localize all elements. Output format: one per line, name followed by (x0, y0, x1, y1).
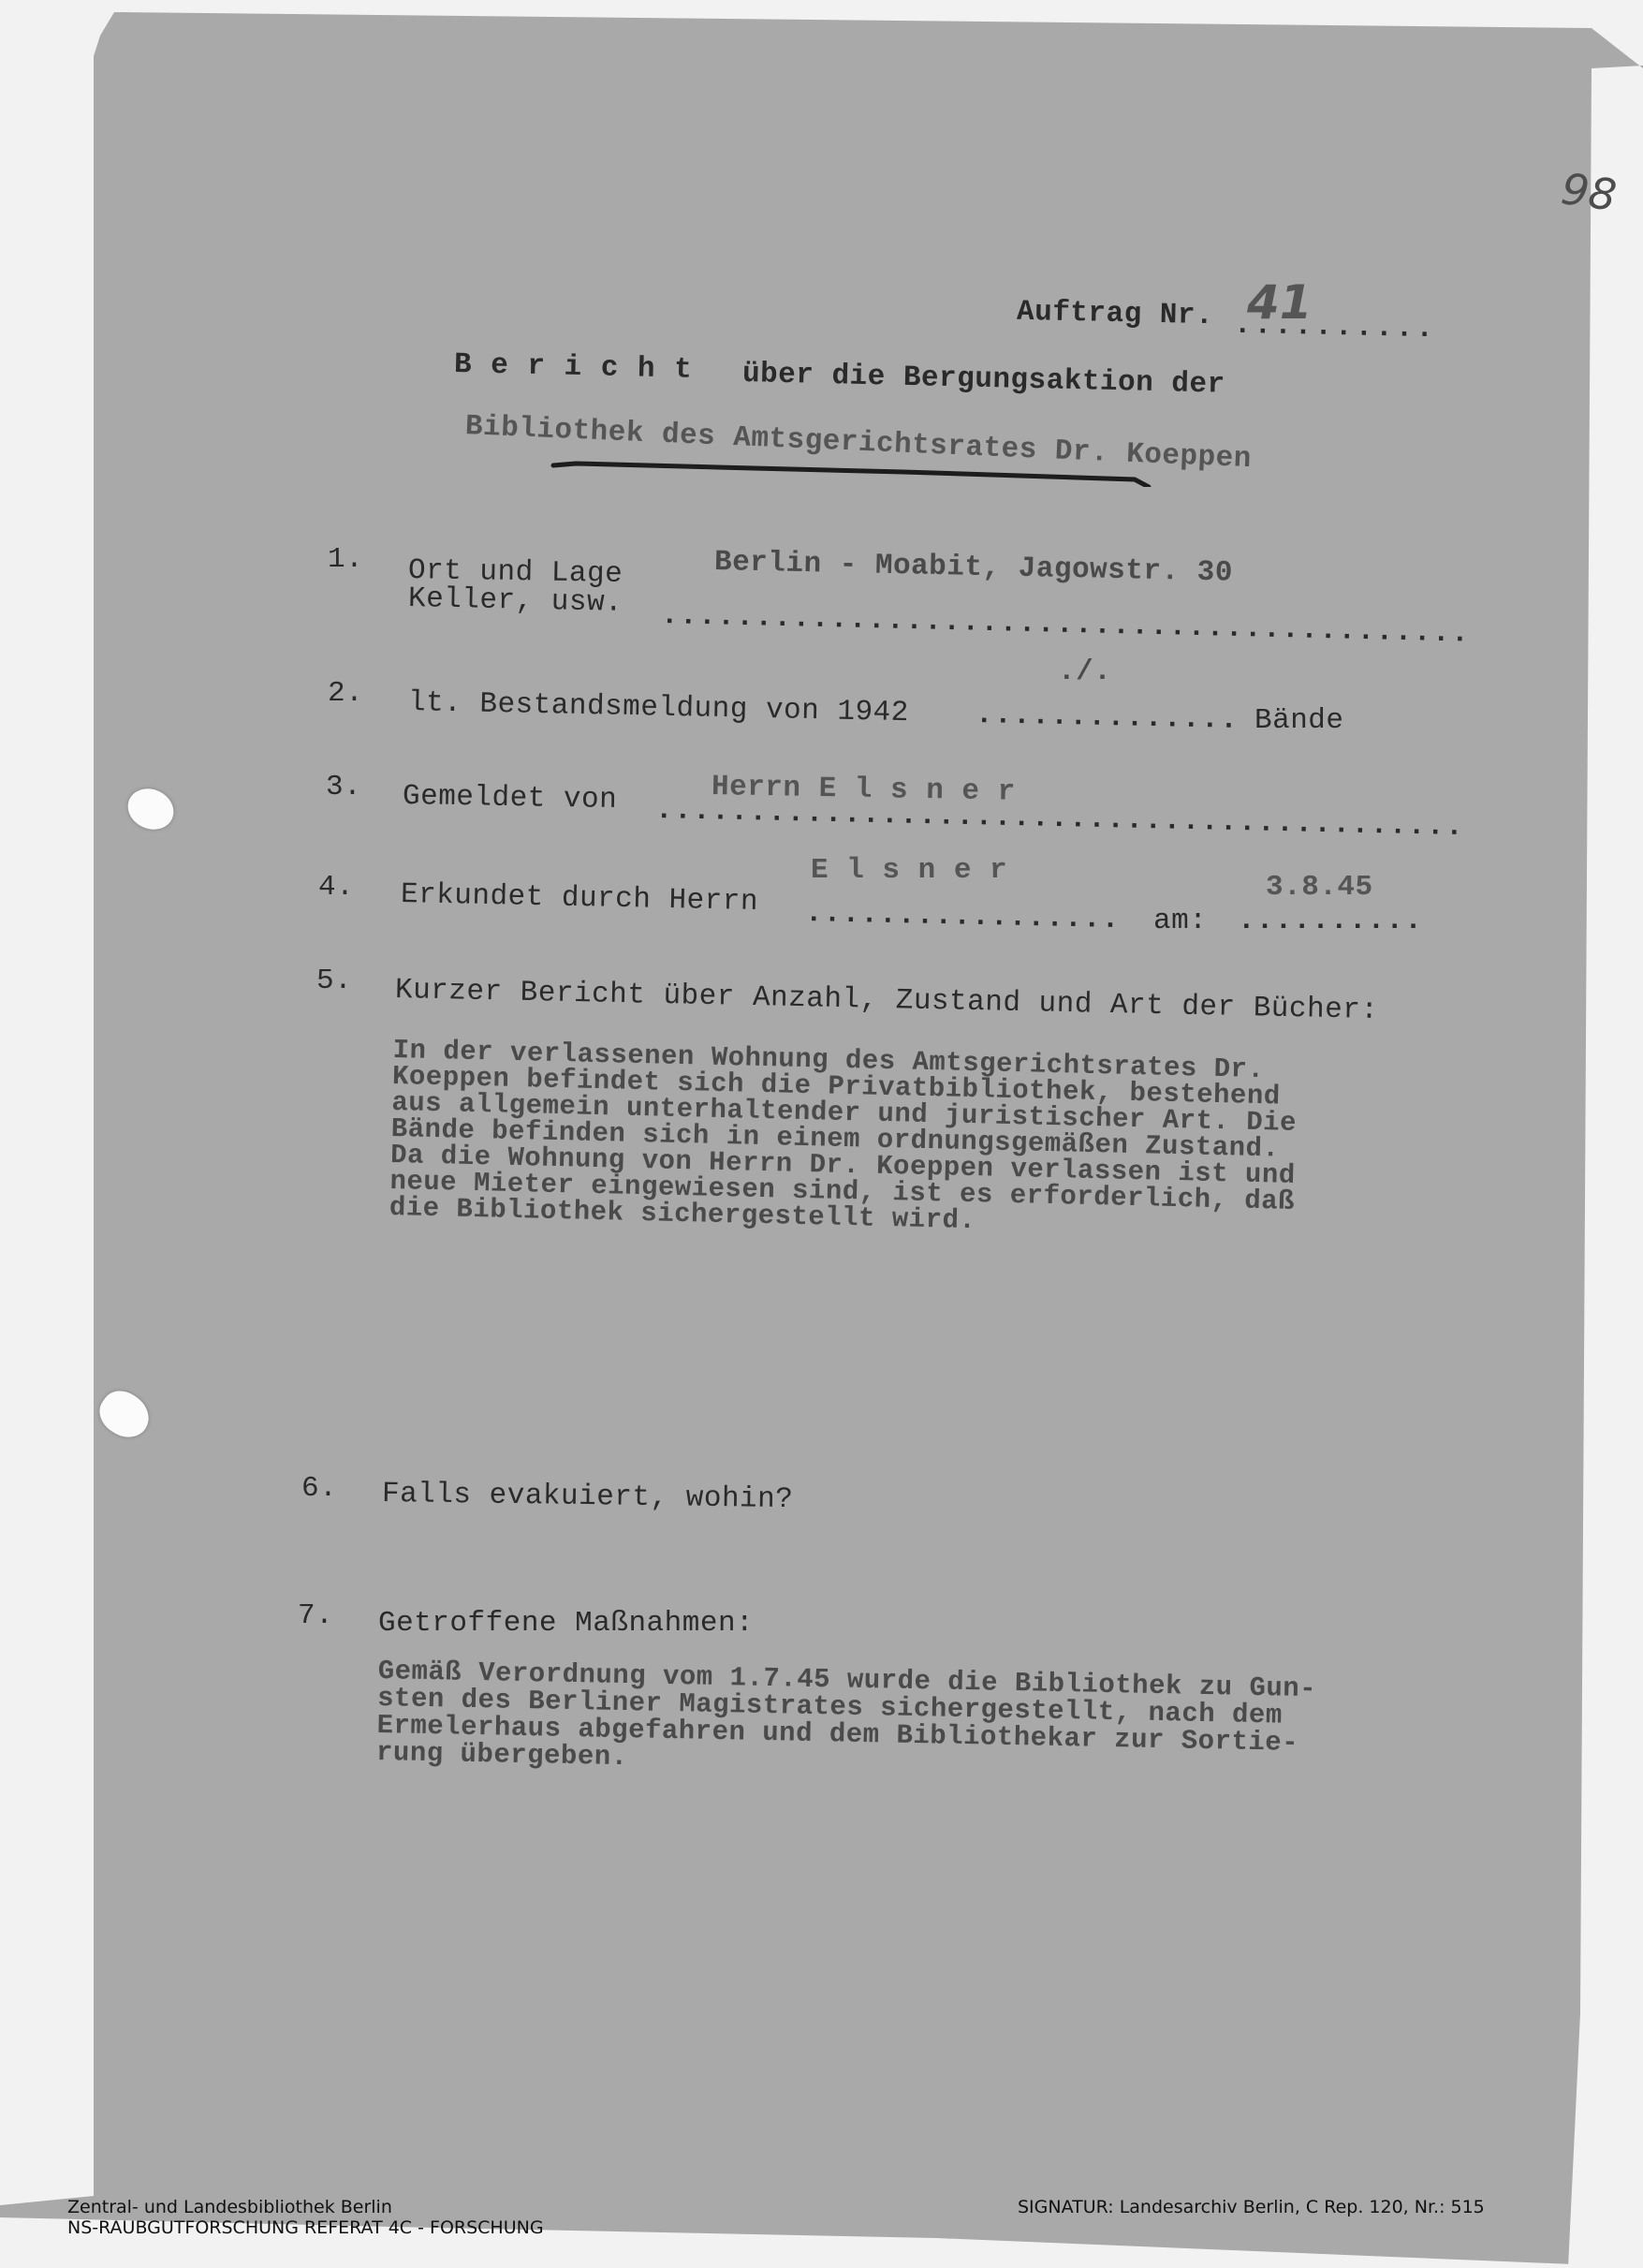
item-4-date-dots: .......... (1238, 905, 1423, 937)
item-6-number: 6. (301, 1472, 337, 1505)
item-4-date-value: 3.8.45 (1266, 871, 1373, 904)
title-bericht: B e r i c h t (454, 348, 694, 387)
item-2-value: ./. (1058, 655, 1111, 688)
item-7-number: 7. (298, 1599, 333, 1632)
order-label: Auftrag Nr. (1017, 296, 1214, 332)
item-2-suffix: Bände (1254, 704, 1344, 737)
item-3-label: Gemeldet von (403, 780, 618, 817)
item-1-number: 1. (328, 543, 363, 576)
item-5-number: 5. (316, 965, 352, 997)
item-4-dots: ................. (805, 897, 1121, 936)
footer-department: NS-RAUBGUTFORSCHUNG REFERAT 4C - FORSCHU… (67, 2217, 544, 2238)
title-underline (548, 459, 1177, 487)
item-2-number: 2. (328, 677, 363, 710)
item-4-number: 4. (318, 871, 354, 904)
item-7-label: Getroffene Maßnahmen: (378, 1607, 754, 1640)
item-3-number: 3. (326, 771, 361, 803)
footer-signature: SIGNATUR: Landesarchiv Berlin, C Rep. 12… (1018, 2197, 1485, 2217)
footer-library-name: Zentral- und Landesbibliothek Berlin (67, 2197, 392, 2217)
handwritten-page-number: 98 (1559, 163, 1620, 221)
item-2-dots: .............. (976, 699, 1240, 737)
item-5-body: In der verlassenen Wohnung des Amtsgeric… (389, 1038, 1298, 1242)
item-1-label2: Keller, usw. (408, 582, 623, 620)
item-7-body: Gemäß Verordnung vom 1.7.45 wurde die Bi… (376, 1657, 1317, 1784)
item-4-value: E l s n e r (811, 854, 1007, 887)
item-6-label: Falls evakuiert, wohin? (382, 1478, 794, 1516)
item-4-date-label: am: (1153, 905, 1207, 937)
order-number-handwritten: 41 (1247, 275, 1313, 330)
